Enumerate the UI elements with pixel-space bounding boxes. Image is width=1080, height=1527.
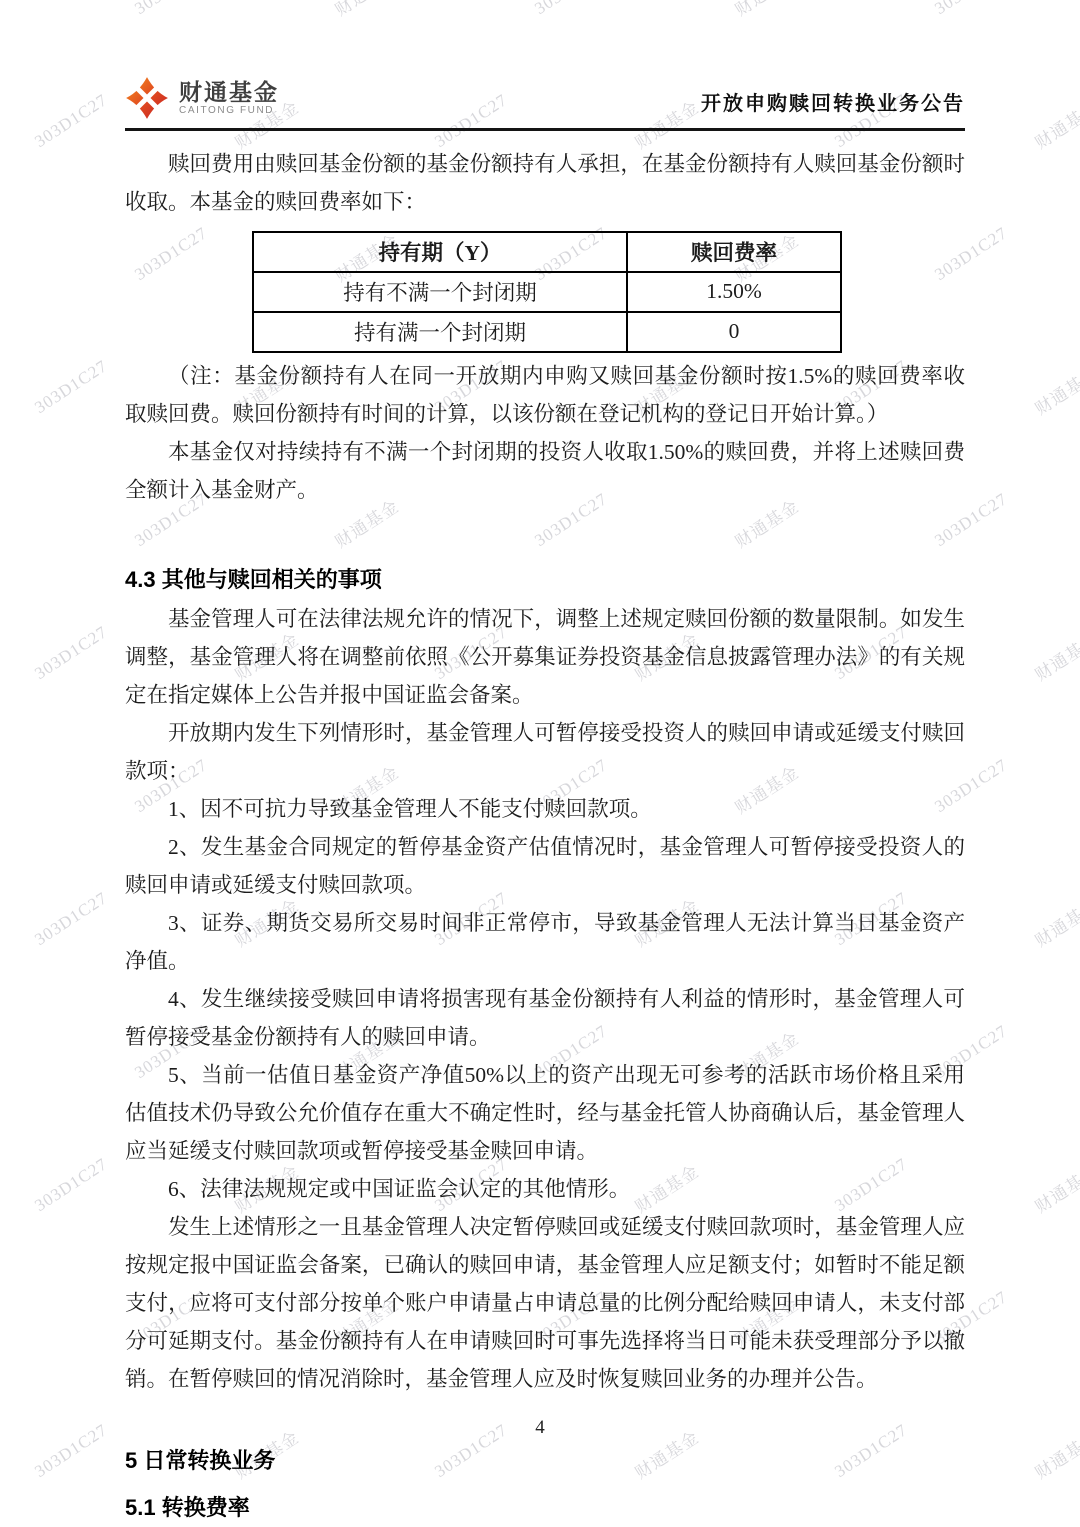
page-header: 财通基金 CAITONG FUND 开放申购赎回转换业务公告 <box>125 0 965 120</box>
table-header-holding-period: 持有期（Y） <box>253 232 627 272</box>
list-item-2: 2、发生基金合同规定的暂停基金资产估值情况时，基金管理人可暂停接受投资人的赎回申… <box>125 828 965 904</box>
document-title: 开放申购赎回转换业务公告 <box>701 87 965 120</box>
brand-name-cn: 财通基金 <box>179 80 279 104</box>
document-page: 财通基金303D1C27财通基金303D1C27财通基金303D1C27财通基金… <box>0 0 1080 1527</box>
caitong-logo-icon <box>125 76 169 120</box>
table-cell: 1.50% <box>627 272 841 312</box>
brand-logo: 财通基金 CAITONG FUND <box>125 76 279 120</box>
table-row: 持有不满一个封闭期 1.50% <box>253 272 841 312</box>
list-item-4: 4、发生继续接受赎回申请将损害现有基金份额持有人利益的情形时，基金管理人可暂停接… <box>125 980 965 1056</box>
paragraph-open-period: 开放期内发生下列情形时，基金管理人可暂停接受投资人的赎回申请或延缓支付赎回款项： <box>125 714 965 790</box>
header-divider <box>125 128 965 131</box>
redemption-fee-table: 持有期（Y） 赎回费率 持有不满一个封闭期 1.50% 持有满一个封闭期 0 <box>252 231 842 353</box>
list-item-1: 1、因不可抗力导致基金管理人不能支付赎回款项。 <box>125 790 965 828</box>
page-number: 4 <box>0 1417 1080 1439</box>
list-item-6: 6、法律法规规定或中国证监会认定的其他情形。 <box>125 1170 965 1208</box>
paragraph-intro: 赎回费用由赎回基金份额的基金份额持有人承担，在基金份额持有人赎回基金份额时收取。… <box>125 145 965 221</box>
section-heading-5-1: 5.1 转换费率 <box>125 1491 965 1522</box>
list-item-3: 3、证券、期货交易所交易时间非正常停市，导致基金管理人无法计算当日基金资产净值。 <box>125 904 965 980</box>
paragraph-note: （注：基金份额持有人在同一开放期内申购又赎回基金份额时按1.5%的赎回费率收取赎… <box>125 357 965 433</box>
list-item-5: 5、当前一估值日基金资产净值50%以上的资产出现无可参考的活跃市场价格且采用估值… <box>125 1056 965 1170</box>
page-content: 财通基金 CAITONG FUND 开放申购赎回转换业务公告 赎回费用由赎回基金… <box>0 0 1080 1522</box>
section-heading-4-3: 4.3 其他与赎回相关的事项 <box>125 563 965 594</box>
table-header-fee-rate: 赎回费率 <box>627 232 841 272</box>
table-cell: 持有满一个封闭期 <box>253 312 627 352</box>
brand-text: 财通基金 CAITONG FUND <box>179 80 279 117</box>
paragraph-fee: 本基金仅对持续持有不满一个封闭期的投资人收取1.50%的赎回费，并将上述赎回费全… <box>125 433 965 509</box>
brand-name-en: CAITONG FUND <box>179 106 279 117</box>
table-cell: 持有不满一个封闭期 <box>253 272 627 312</box>
paragraph-final: 发生上述情形之一且基金管理人决定暂停赎回或延缓支付赎回款项时，基金管理人应按规定… <box>125 1208 965 1398</box>
table-cell: 0 <box>627 312 841 352</box>
table-row: 持有满一个封闭期 0 <box>253 312 841 352</box>
paragraph-adjust: 基金管理人可在法律法规允许的情况下，调整上述规定赎回份额的数量限制。如发生调整，… <box>125 600 965 714</box>
section-heading-5: 5 日常转换业务 <box>125 1444 965 1475</box>
table-header-row: 持有期（Y） 赎回费率 <box>253 232 841 272</box>
